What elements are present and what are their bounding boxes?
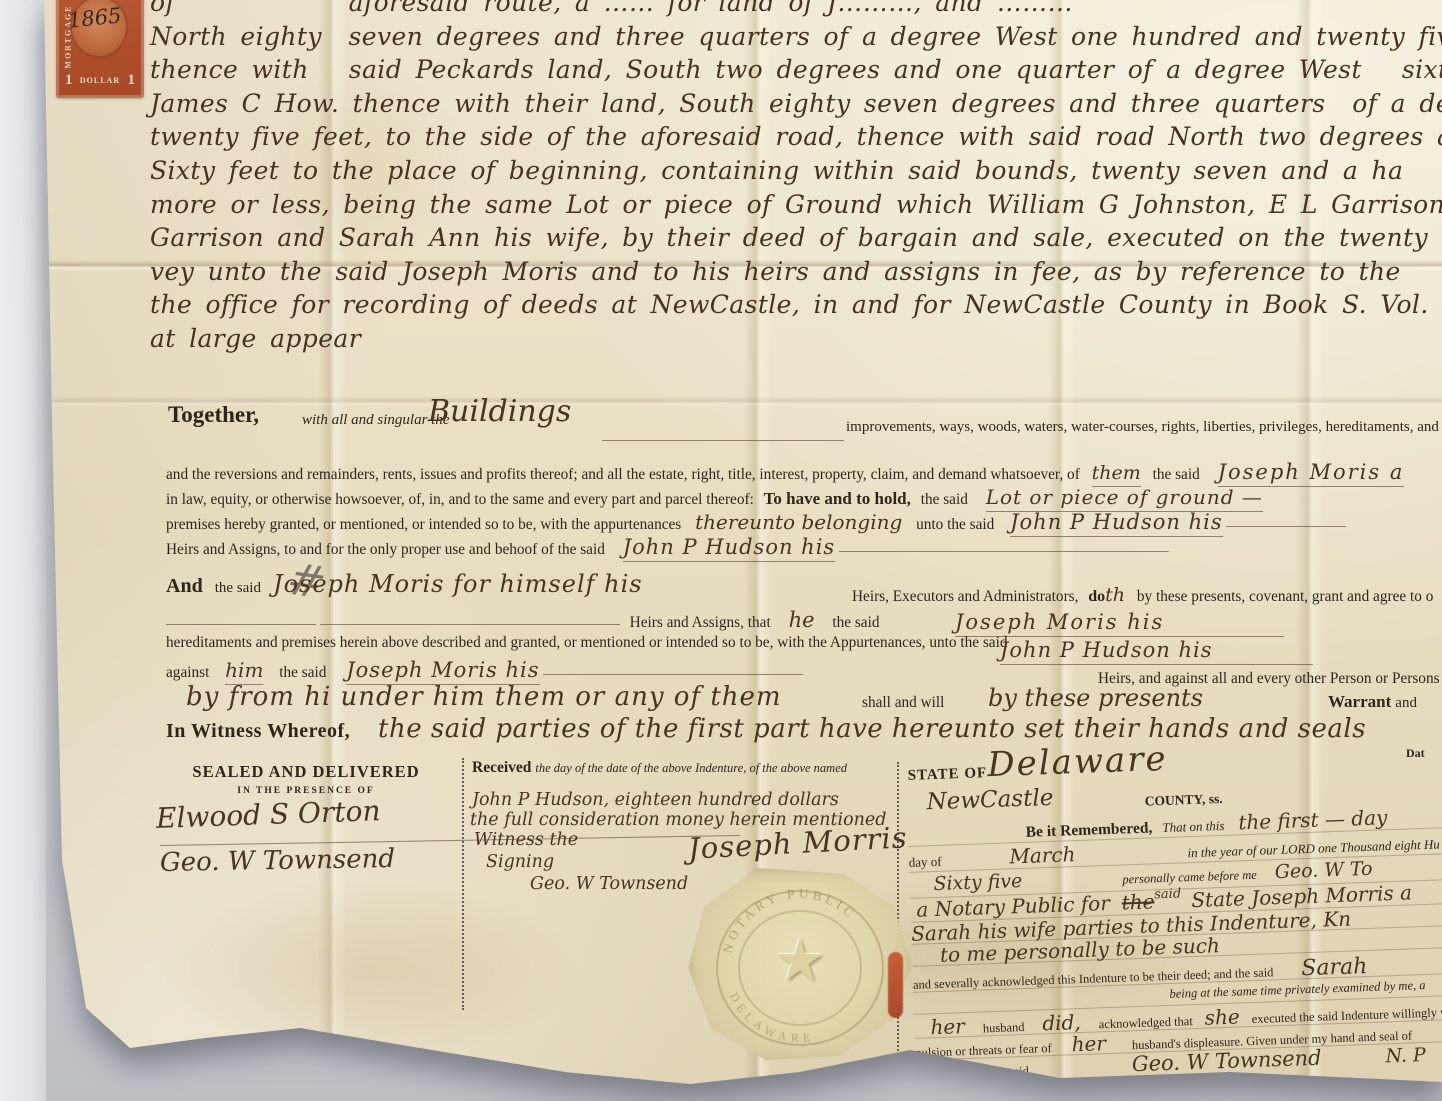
ack-fill: the first — day [1238,805,1388,834]
covenant-print: hereditaments and premises herein above … [166,634,1008,651]
covenant-print: shall and will [862,694,944,712]
red-wax-mark [888,952,903,1018]
habendum-fill: John P Hudson his [1010,510,1223,537]
covenant-fill: th [1105,584,1125,606]
blank-rule [166,624,316,625]
photographed-deed-document: MORTGAGE 1 DOLLAR 1 1865 # of aforesaid … [0,0,1442,1101]
blank-rule [839,551,1169,552]
habendum-print: in law, equity, or otherwise howsoever, … [166,491,754,508]
metes-bounds-paragraph: of aforesaid route, a …… for land of J……… [150,0,1442,356]
covenant-line-2a: Heirs and Assigns, that he the said [166,608,880,632]
deed-paper: MORTGAGE 1 DOLLAR 1 1865 # of aforesaid … [0,0,1442,1090]
ack-fill: Sixty five [933,870,1023,895]
received-heading: Received [472,759,531,776]
column-separator [462,758,464,1010]
deed-line: the office for recording of deeds at New… [150,288,1442,322]
deed-line: thence with said Peckards land, South tw… [150,53,1442,87]
witness-fill: the said parties of the first part have … [378,714,1366,744]
habendum-print: the said [1153,466,1200,483]
habendum-print: unto the said [916,516,994,533]
deed-line: at large appear [150,322,1442,356]
struck-word: the [1121,889,1155,914]
covenant-print: by these presents, covenant, grant and a… [1137,588,1433,605]
covenant-print: the said [832,614,879,631]
covenant-print: and [1395,695,1417,711]
stamp-denomination: 1 [122,72,140,89]
covenant-fill: by from hi under him them or any of them [186,682,782,712]
covenant-print: the said [215,580,261,596]
ack-print: day and year aforesaid. [916,1064,1032,1082]
covenant-fill: Joseph Moris his [955,610,1284,637]
covenant-print: do [1088,588,1105,605]
deed-line: North eighty seven degrees and three qua… [150,20,1442,54]
svg-text:DELAWARE: DELAWARE [727,990,816,1045]
paper-wrap: MORTGAGE 1 DOLLAR 1 1865 # of aforesaid … [0,0,1442,1101]
covenant-line-1a: And the said Joseph Moris for himself hi… [166,570,643,598]
covenant-line-1b: Heirs, Executors and Administrators, dot… [852,584,1433,606]
deed-line: vey unto the said Joseph Moris and to hi… [150,255,1442,289]
show-through-ghost [160,880,580,1060]
seal-arc-top-text: NOTARY PUBLIC [720,886,860,955]
stamp-denomination-band: 1 DOLLAR 1 [60,70,140,90]
to-have-and-to-hold: To have and to hold, [764,489,911,508]
blank-rule [543,674,803,675]
ack-print: day of [908,854,941,870]
in-presence-of-label: IN THE PRESENCE OF [150,786,462,796]
stamp-denomination: 1 [60,72,78,89]
deed-line: Garrison and Sarah Ann his wife, by thei… [150,221,1442,255]
together-fill: Buildings [428,394,571,429]
habendum-print: Heirs and Assigns, to and for the only p… [166,541,605,558]
deed-line: Sixty feet to the place of beginning, co… [150,154,1442,188]
deed-line: of aforesaid route, a …… for land of J……… [150,0,1442,20]
received-fill-line: Witness the [474,830,578,850]
sealed-delivered-heading: SEALED AND DELIVERED [150,762,462,782]
county-ss-label: COUNTY, ss. [1144,791,1222,810]
covenant-fill: Joseph Moris his [346,658,539,685]
covenant-print: Heirs and Assigns, that [630,614,771,631]
habendum-fill: them [1092,462,1141,487]
habendum-fill: Joseph Moris a [1218,460,1405,487]
covenant-print: against [166,664,209,681]
together-continuation: improvements, ways, woods, waters, water… [846,419,1442,436]
together-heading: Together, [168,402,259,428]
ack-fill: Geo. W To [1274,858,1373,883]
ack-print: personally came before me [1122,868,1257,887]
state-name-fill: Delaware [987,739,1169,785]
seal-arc-text: NOTARY PUBLIC DELAWARE [686,868,914,1064]
covenant-fill: he [789,608,815,632]
blank-rule [1226,526,1346,527]
be-it-remembered: Be it Remembered, [1025,819,1152,840]
covenant-line-3: hereditaments and premises herein above … [166,634,1008,652]
ack-fill: March [1009,842,1076,868]
habendum-fill: John P Hudson his [623,535,836,562]
svg-text:NOTARY PUBLIC: NOTARY PUBLIC [720,886,860,955]
warrant-word: Warrant [1328,692,1391,711]
witness-signature-1: Elwood S Orton [155,794,380,835]
habendum-line-2: in law, equity, or otherwise howsoever, … [166,485,1263,509]
covenant-print: the said [279,664,326,681]
habendum-line-1: and the reversions and remainders, rents… [166,460,1404,484]
covenant-fill: John P Hudson his [1000,638,1313,665]
covenant-print: Heirs, Executors and Administrators, [852,588,1078,605]
and-heading: And [166,575,203,597]
received-printed: the day of the date of the above Indentu… [535,761,847,775]
habendum-print: the said [921,491,968,508]
covenant-fill: him [225,658,263,685]
deed-line: twenty five feet, to the side of the afo… [150,120,1442,154]
covenant-fill: by these presents [988,684,1203,712]
covenant-fill: Joseph Moris for himself his [273,570,643,598]
deed-line: James C How. thence with their land, Sou… [150,87,1442,121]
revenue-stamp: MORTGAGE 1 DOLLAR 1 1865 [56,0,144,98]
warrant-segment: Warrant and [1328,692,1417,712]
witness-signature-2: Geo. W Townsend [160,844,395,878]
notary-embossed-seal: ★ NOTARY PUBLIC DELAWARE [686,868,914,1064]
received-fill-line: John P Hudson, eighteen hundred dollars [472,790,839,810]
in-witness-whereof-heading: In Witness Whereof, [166,720,350,743]
ack-fill: Sarah [1301,954,1368,981]
seal-arc-bottom-text: DELAWARE [727,990,816,1045]
habendum-print: premises hereby granted, or mentioned, o… [166,516,681,533]
ack-print: That on this [1162,818,1225,835]
state-of-label: STATE OF [907,765,987,785]
habendum-fill: Lot or piece of ground — [986,485,1263,512]
habendum-line-3: premises hereby granted, or mentioned, o… [166,510,1346,534]
notary-title: N. P [1385,1044,1426,1067]
county-name-fill: NewCastle [926,785,1054,815]
habendum-print: and the reversions and remainders, rents… [166,466,1080,483]
covenant-line-4: against him the said Joseph Moris his [166,658,803,682]
received-block: Received the day of the date of the abov… [472,760,904,776]
signature-flourish [160,835,740,846]
deed-line: more or less, being the same Lot or piec… [150,188,1442,222]
ack-print: husband [983,1020,1025,1035]
habendum-fill: thereunto belonging [695,510,902,534]
received-fill-line: Signing [486,852,554,872]
received-witness-signature: Geo. W Townsend [530,874,688,894]
caret-insertion: said [1154,886,1181,902]
dated-label-cut: Dat [1406,746,1425,761]
habendum-line-4: Heirs and Assigns, to and for the only p… [166,535,1169,559]
blank-rule [602,440,844,441]
stamp-denomination-word: DOLLAR [80,76,120,85]
blank-rule [320,624,620,625]
